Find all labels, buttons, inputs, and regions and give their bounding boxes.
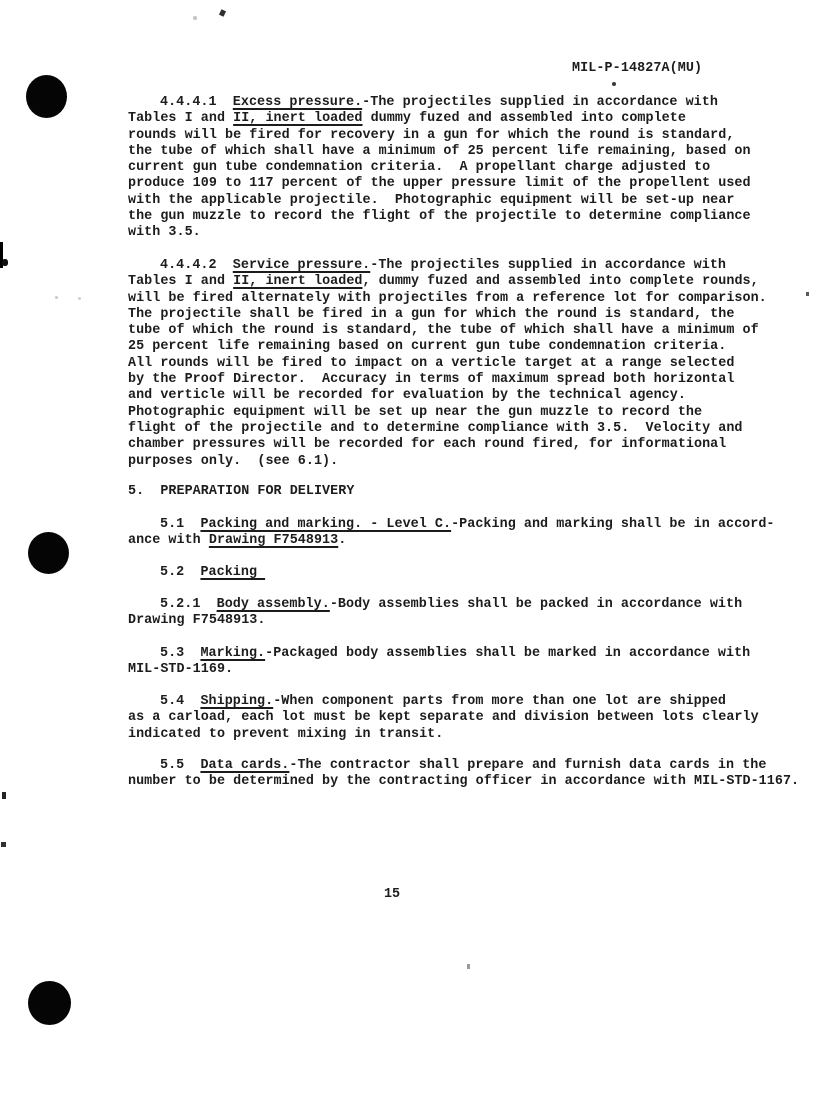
- paragraph-5-1: 5.1 Packing and marking. - Level C.-Pack…: [128, 517, 828, 550]
- text-segment: 5.4: [160, 694, 200, 709]
- text-segment: 5.1: [160, 517, 200, 532]
- paragraph-5-5: 5.5 Data cards.-The contractor shall pre…: [128, 758, 828, 791]
- document-body: 4.4.4.1 Excess pressure.-The projectiles…: [0, 0, 834, 1098]
- paragraph-5-3: 5.3 Marking.-Packaged body assemblies sh…: [128, 646, 828, 679]
- underlined-text: Packing and marking. - Level C.: [200, 517, 451, 532]
- underlined-text: Packing: [200, 565, 265, 580]
- underlined-text: Drawing F7548913: [209, 533, 338, 548]
- text-segment: 4.4.4.2: [160, 258, 233, 273]
- underlined-text: II, inert loaded: [233, 274, 362, 289]
- text-segment: 5. PREPARATION FOR DELIVERY: [128, 484, 354, 499]
- scan-speck: [467, 964, 470, 969]
- scan-speck: [1, 842, 6, 847]
- text-segment: 5.3: [160, 646, 200, 661]
- paragraph-5: 5. PREPARATION FOR DELIVERY: [128, 484, 828, 500]
- paragraph-5-4: 5.4 Shipping.-When component parts from …: [128, 694, 828, 743]
- underlined-text: Service pressure.: [233, 258, 370, 273]
- text-segment: .: [338, 533, 346, 548]
- paragraph-5-2-1: 5.2.1 Body assembly.-Body assemblies sha…: [128, 597, 828, 630]
- underlined-text: Excess pressure.: [233, 95, 362, 110]
- underlined-text: Body assembly.: [217, 597, 330, 612]
- text-segment: 5.2.1: [160, 597, 217, 612]
- scan-speck: [193, 16, 197, 20]
- text-segment: 5.2: [160, 565, 200, 580]
- underlined-text: II, inert loaded: [233, 111, 362, 126]
- paragraph-5-2: 5.2 Packing: [128, 565, 828, 581]
- text-segment: 4.4.4.1: [160, 95, 233, 110]
- underlined-text: Shipping.: [200, 694, 273, 709]
- underlined-text: Marking.: [200, 646, 265, 661]
- scan-speck: [2, 792, 6, 799]
- scan-speck: [2, 259, 8, 266]
- scanned-document-page: MIL-P-14827A(MU) 4.4.4.1 Excess pressure…: [0, 0, 834, 1098]
- text-segment: , dummy fuzed and assembled into complet…: [128, 274, 767, 468]
- page-number: 15: [384, 887, 400, 902]
- text-segment: 5.5: [160, 758, 200, 773]
- underlined-text: Data cards.: [200, 758, 289, 773]
- scan-speck: [55, 296, 58, 299]
- text-segment: dummy fuzed and assembled into complete …: [128, 111, 751, 240]
- paragraph-4-4-4-1: 4.4.4.1 Excess pressure.-The projectiles…: [128, 95, 828, 242]
- scan-speck: [78, 297, 81, 300]
- scan-speck: [612, 82, 616, 86]
- scan-speck: [806, 292, 809, 296]
- paragraph-4-4-4-2: 4.4.4.2 Service pressure.-The projectile…: [128, 258, 828, 470]
